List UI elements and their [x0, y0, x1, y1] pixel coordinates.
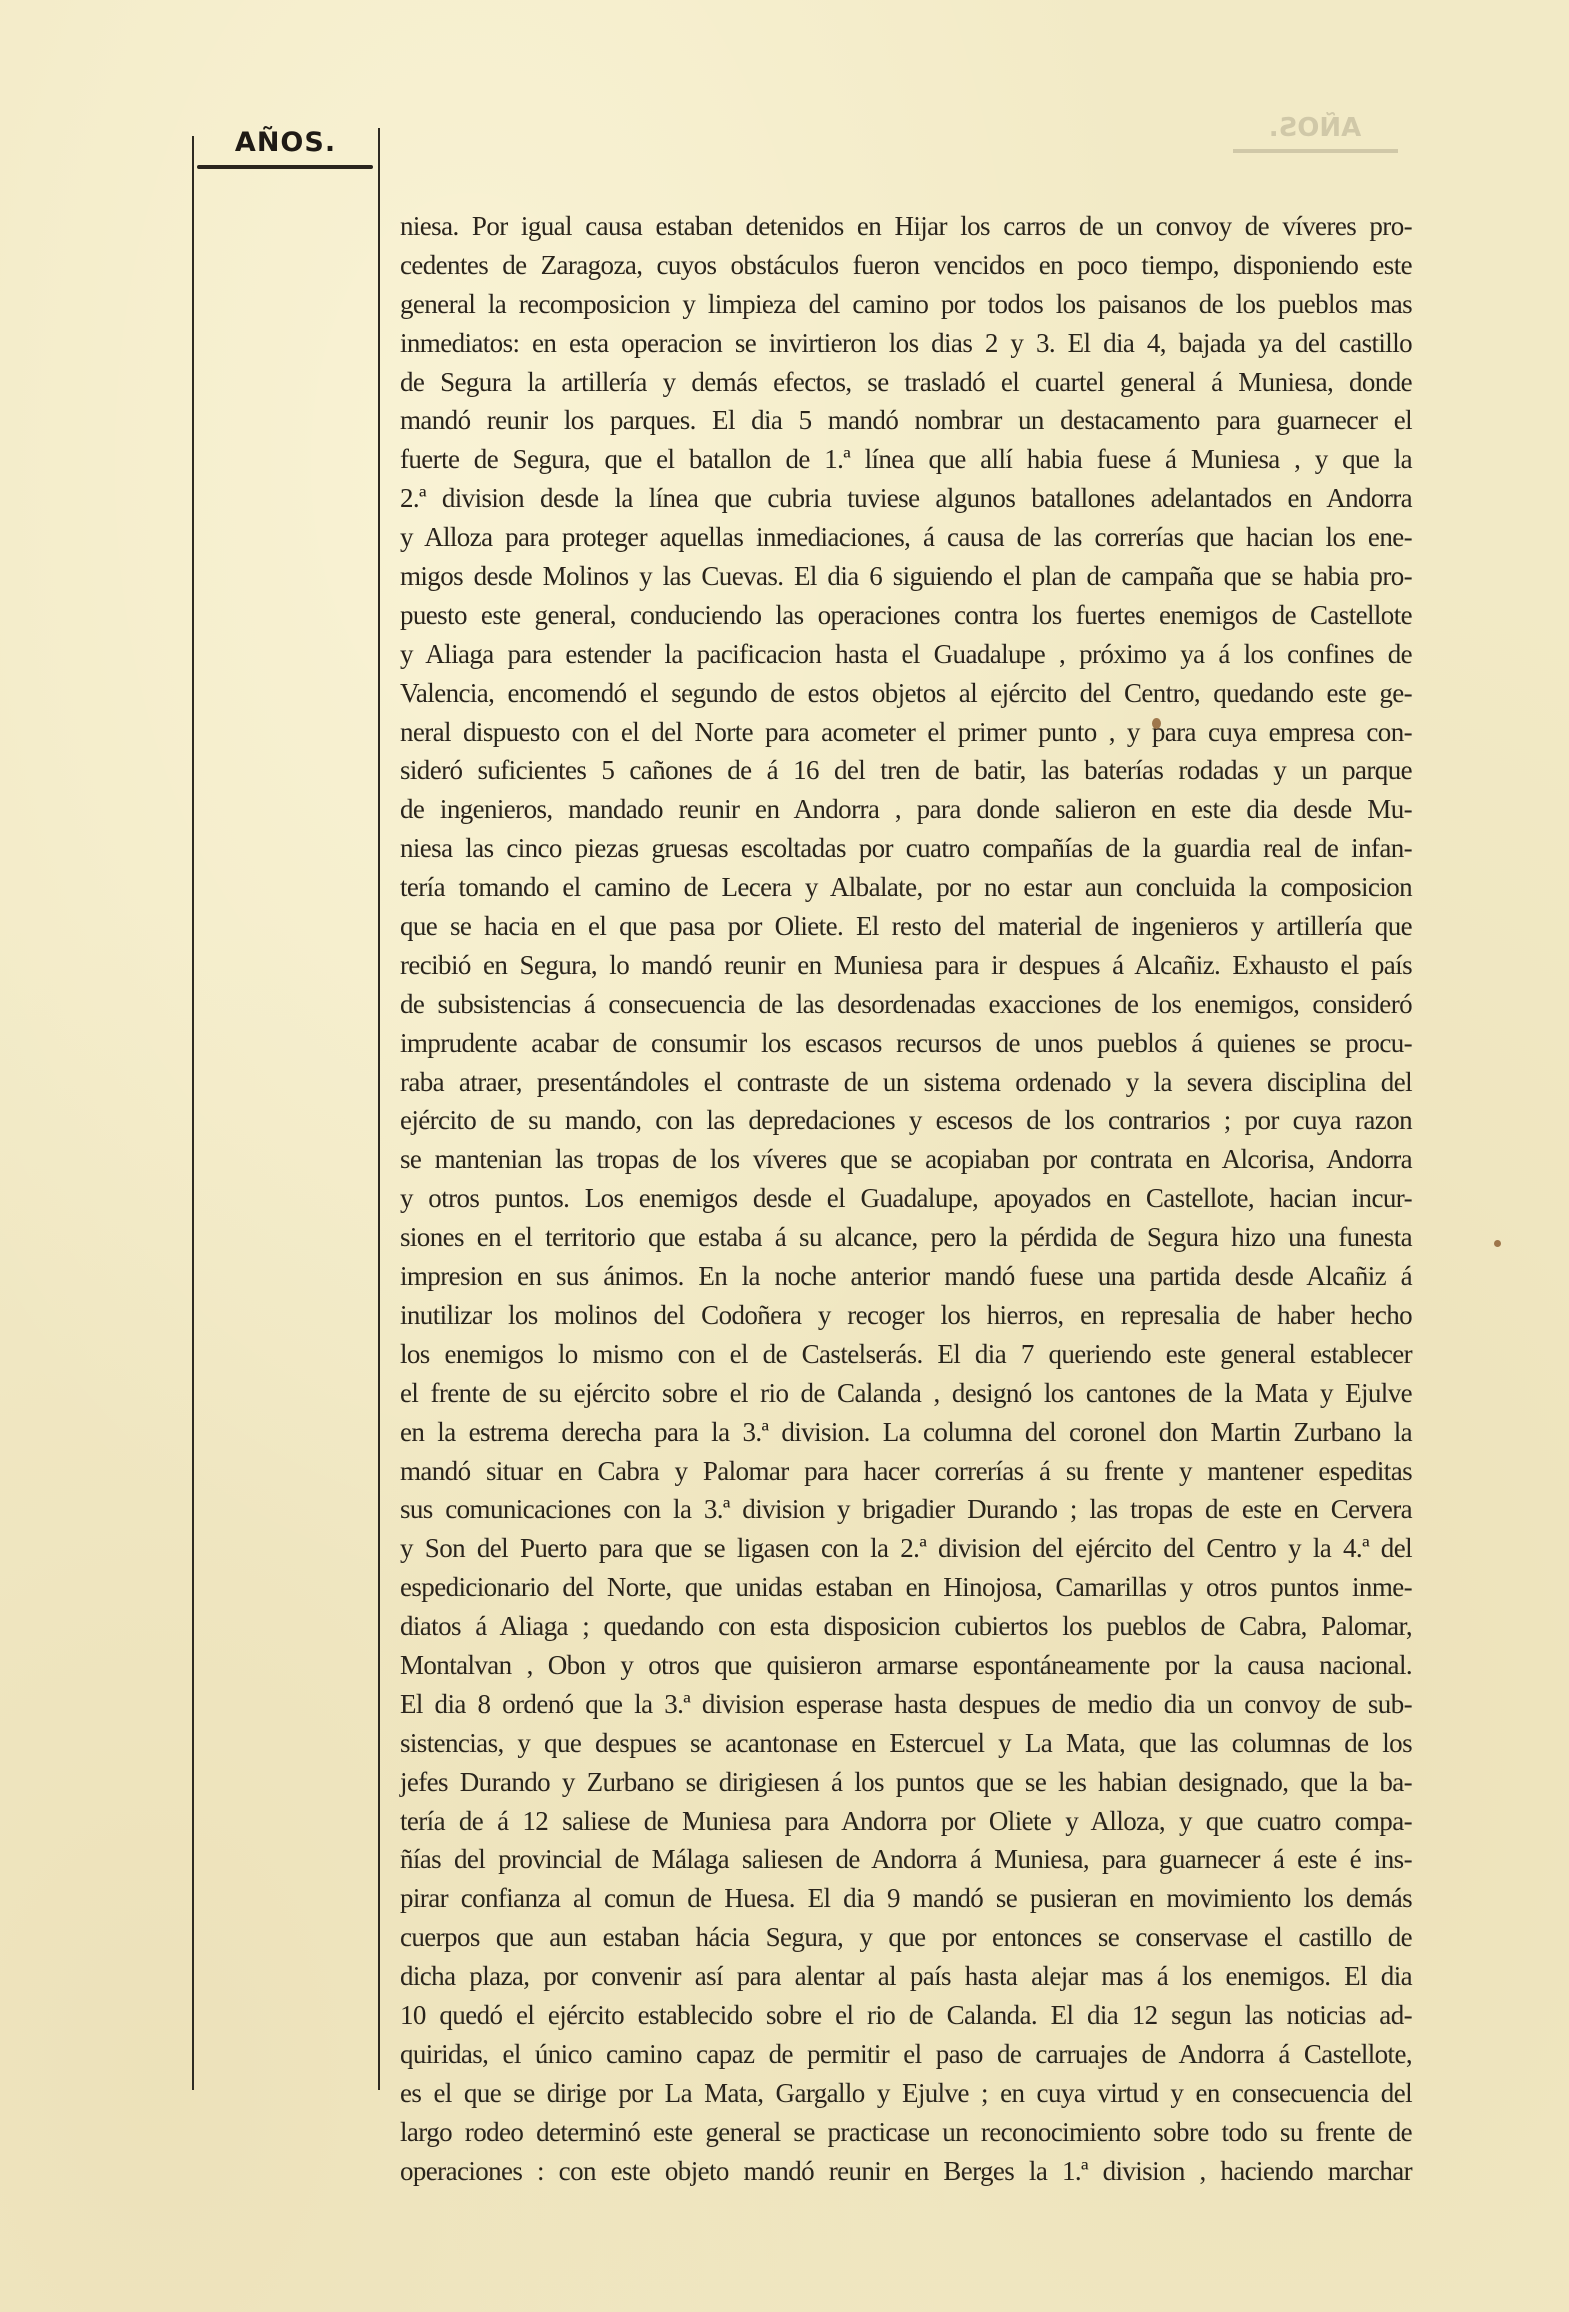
text-line: sus comunicaciones con la 3.ª division y… [400, 1490, 1412, 1529]
text-line: raba atraer, presentándoles el contraste… [400, 1063, 1412, 1102]
text-line: ñías del provincial de Málaga saliesen d… [400, 1840, 1412, 1879]
text-line: inmediatos: en esta operacion se invirti… [400, 324, 1412, 363]
foxing-spot [1494, 1240, 1501, 1247]
text-line: dicha plaza, por convenir así para alent… [400, 1957, 1412, 1996]
text-line: migos desde Molinos y las Cuevas. El dia… [400, 557, 1412, 596]
text-line: de Segura la artillería y demás efectos,… [400, 363, 1412, 402]
text-line: Valencia, encomendó el segundo de estos … [400, 674, 1412, 713]
showthrough-header: AÑOS. [1220, 113, 1410, 153]
text-line: 2.ª division desde la línea que cubria t… [400, 479, 1412, 518]
text-line: mandó reunir los parques. El dia 5 mandó… [400, 401, 1412, 440]
text-line: fuerte de Segura, que el batallon de 1.ª… [400, 440, 1412, 479]
margin-left-rule [192, 136, 194, 2090]
margin-header: AÑOS. [192, 128, 379, 158]
text-line: general la recomposicion y limpieza del … [400, 285, 1412, 324]
showthrough-header-text: AÑOS. [1220, 113, 1410, 143]
text-line: sideró suficientes 5 cañones de á 16 del… [400, 751, 1412, 790]
text-line: puesto este general, conduciendo las ope… [400, 596, 1412, 635]
text-line: cuerpos que aun estaban hácia Segura, y … [400, 1918, 1412, 1957]
text-line: y otros puntos. Los enemigos desde el Gu… [400, 1179, 1412, 1218]
text-line: diatos á Aliaga ; quedando con esta disp… [400, 1607, 1412, 1646]
text-line: cedentes de Zaragoza, cuyos obstáculos f… [400, 246, 1412, 285]
text-line: largo rodeo determinó este general se pr… [400, 2113, 1412, 2152]
text-line: neral dispuesto con el del Norte para ac… [400, 713, 1412, 752]
text-line: inutilizar los molinos del Codoñera y re… [400, 1296, 1412, 1335]
showthrough-header-rule [1233, 149, 1398, 153]
text-line: de ingenieros, mandado reunir en Andorra… [400, 790, 1412, 829]
text-line: ejército de su mando, con las depredacio… [400, 1101, 1412, 1140]
text-line: y Aliaga para estender la pacificacion h… [400, 635, 1412, 674]
text-line: en la estrema derecha para la 3.ª divisi… [400, 1413, 1412, 1452]
text-line: tería tomando el camino de Lecera y Alba… [400, 868, 1412, 907]
text-line: impresion en sus ánimos. En la noche ant… [400, 1257, 1412, 1296]
text-line: mandó situar en Cabra y Palomar para hac… [400, 1452, 1412, 1491]
foxing-spot [1152, 718, 1161, 729]
text-line: imprudente acabar de consumir los escaso… [400, 1024, 1412, 1063]
text-line: El dia 8 ordenó que la 3.ª division espe… [400, 1685, 1412, 1724]
text-line: niesa las cinco piezas gruesas escoltada… [400, 829, 1412, 868]
text-line: jefes Durando y Zurbano se dirigiesen á … [400, 1763, 1412, 1802]
text-line: operaciones : con este objeto mandó reun… [400, 2152, 1412, 2191]
margin-column: AÑOS. [192, 128, 379, 2090]
body-text: niesa. Por igual causa estaban detenidos… [400, 207, 1412, 2190]
text-line: y Alloza para proteger aquellas inmediac… [400, 518, 1412, 557]
text-line: se mantenian las tropas de los víveres q… [400, 1140, 1412, 1179]
text-line: es el que se dirige por La Mata, Gargall… [400, 2074, 1412, 2113]
text-line: que se hacia en el que pasa por Oliete. … [400, 907, 1412, 946]
text-line: sistencias, y que despues se acantonase … [400, 1724, 1412, 1763]
text-line: los enemigos lo mismo con el de Castelse… [400, 1335, 1412, 1374]
document-page: AÑOS. AÑOS. niesa. Por igual causa estab… [0, 0, 1569, 2312]
text-line: Montalvan , Obon y otros que quisieron a… [400, 1646, 1412, 1685]
text-line: el frente de su ejército sobre el rio de… [400, 1374, 1412, 1413]
margin-right-rule [378, 128, 380, 2090]
text-line: de subsistencias á consecuencia de las d… [400, 985, 1412, 1024]
text-line: y Son del Puerto para que se ligasen con… [400, 1529, 1412, 1568]
text-line: 10 quedó el ejército establecido sobre e… [400, 1996, 1412, 2035]
text-line: tería de á 12 saliese de Muniesa para An… [400, 1802, 1412, 1841]
text-line: niesa. Por igual causa estaban detenidos… [400, 207, 1412, 246]
text-line: recibió en Segura, lo mandó reunir en Mu… [400, 946, 1412, 985]
text-line: quiridas, el único camino capaz de permi… [400, 2035, 1412, 2074]
text-line: pirar confianza al comun de Huesa. El di… [400, 1879, 1412, 1918]
text-line: espedicionario del Norte, que unidas est… [400, 1568, 1412, 1607]
text-line: siones en el territorio que estaba á su … [400, 1218, 1412, 1257]
margin-header-rule [197, 165, 373, 169]
